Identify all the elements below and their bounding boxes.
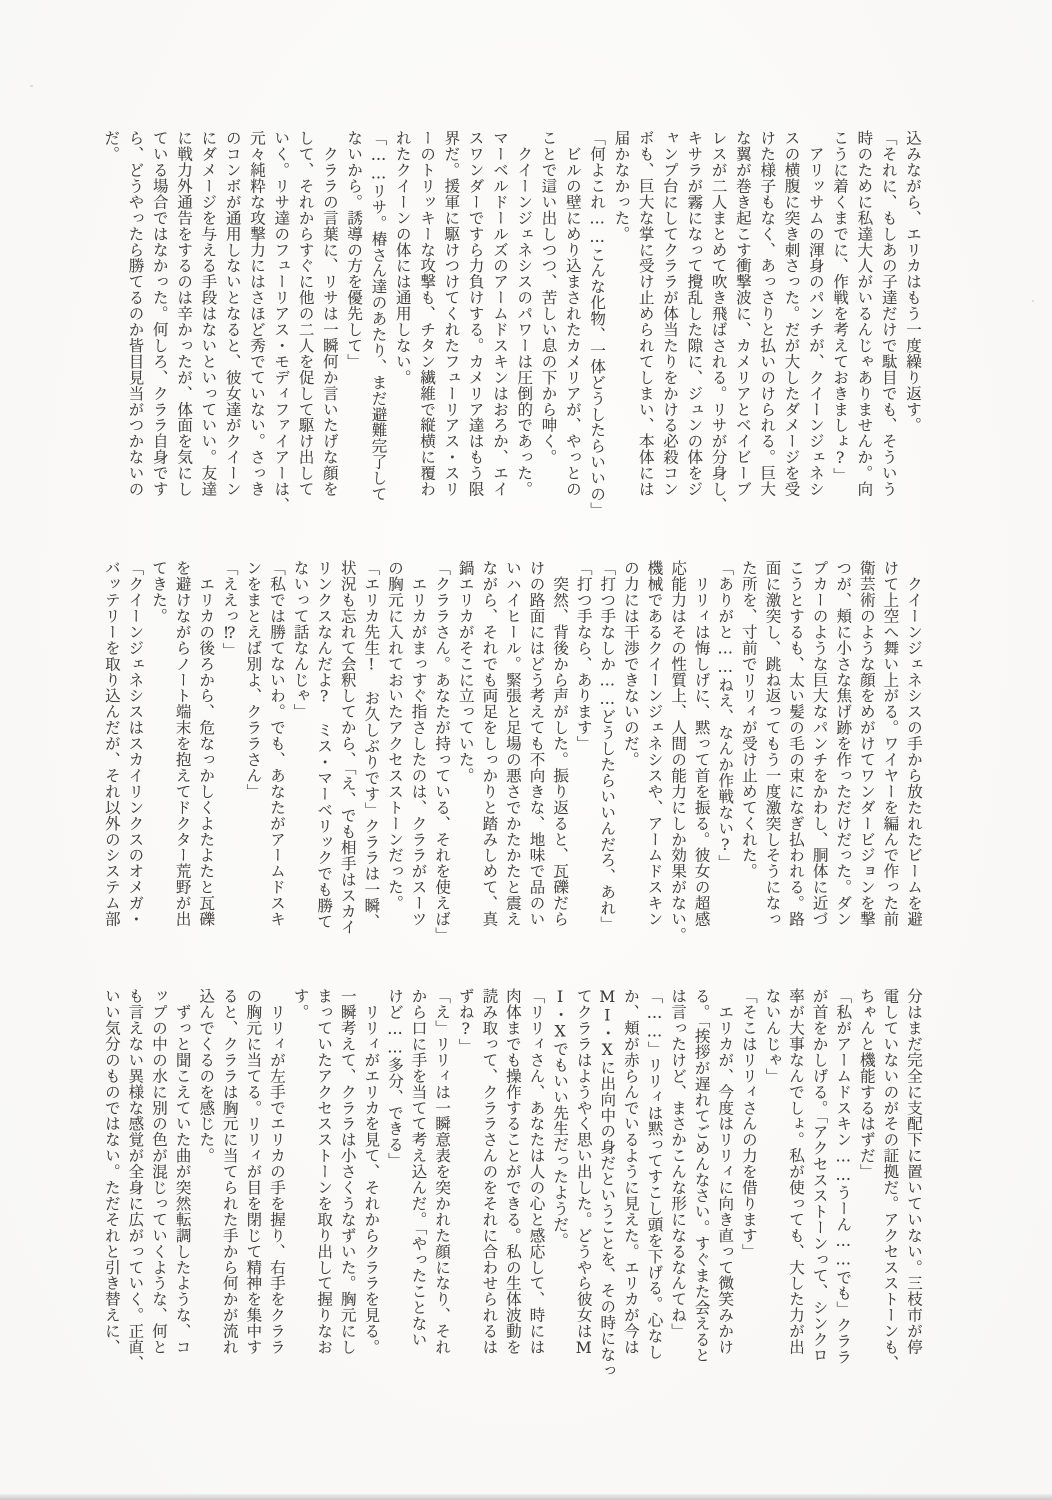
scan-speck	[30, 85, 33, 87]
text-band-middle: クイーンジェネシスの手から放たれたビームを避 けて上空へ舞い上がる。ワイヤーを編…	[99, 560, 925, 943]
scan-speck	[1032, 300, 1034, 302]
text-band-bottom: 分はまだ完全に支配下に置いていない。三枝市が停 電していないのがその証拠だ。アク…	[99, 988, 925, 1378]
scanned-page: 込みながら、エリカはもう一度繰り返す。 「それに、もしあの子達だけで駄目でも、そ…	[0, 0, 1052, 1500]
page-bottom-edge	[0, 1494, 1052, 1500]
text-band-top: 込みながら、エリカはもう一度繰り返す。 「それに、もしあの子達だけで駄目でも、そ…	[99, 130, 925, 518]
